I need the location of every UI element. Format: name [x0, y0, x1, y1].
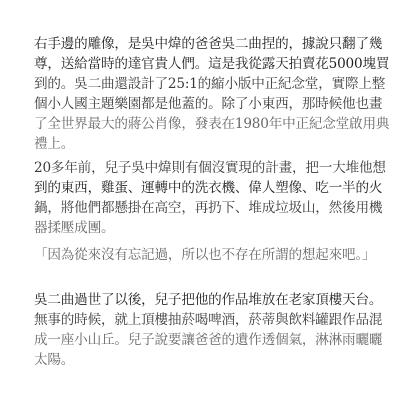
text-line: 了全世界最大的蔣公肖像，發表在1980年中正紀念堂啟用典: [34, 114, 360, 134]
text-line: 成一座小山丘。兒子說要讓爸爸的遺作透個氣，淋淋雨曬曬: [34, 330, 360, 350]
text-line: 尊，送給當時的達官貴人們。這是我從露天拍賣花5000塊買: [34, 54, 360, 74]
text-line: 禮上。: [34, 134, 360, 154]
paragraph-sculpture: 右手邊的雕像，是吳中煒的爸爸吳二曲捏的，據說只翻了幾 尊，送給當時的達官貴人們。…: [34, 34, 360, 154]
paragraph-rooftop: 吳二曲過世了以後，兒子把他的作品堆放在老家頂樓天台。 無事的時候，就上頂樓抽菸喝…: [34, 290, 360, 370]
text-line: 20多年前，兒子吳中煒則有個沒實現的計畫，把一大堆他想: [34, 158, 360, 178]
text-line: 右手邊的雕像，是吳中煒的爸爸吳二曲捏的，據說只翻了幾: [34, 34, 360, 54]
paragraph-quote: 「因為從來沒有忘記過，所以也不存在所謂的想起來吧。」: [34, 245, 360, 265]
text-line: 到的東西，雞蛋、運轉中的洗衣機、偉人塑像、吃一半的火: [34, 178, 360, 198]
text-line: 無事的時候，就上頂樓抽菸喝啤酒，菸蒂與飲料罐跟作品混: [34, 310, 360, 330]
text-line: 器揉壓成團。: [34, 218, 360, 238]
text-line: 鍋，將他們都懸掛在高空，再扔下、堆成垃圾山，然後用機: [34, 198, 360, 218]
text-line: 個小人國主題樂園都是他蓋的。除了小東西，那時候他也畫: [34, 94, 360, 114]
quote-line: 「因為從來沒有忘記過，所以也不存在所謂的想起來吧。」: [34, 245, 360, 265]
text-line: 吳二曲過世了以後，兒子把他的作品堆放在老家頂樓天台。: [34, 290, 360, 310]
text-line: 到的。吳二曲還設計了25:1的縮小版中正紀念堂，實際上整: [34, 74, 360, 94]
text-line: 太陽。: [34, 350, 360, 370]
paragraph-plan: 20多年前，兒子吳中煒則有個沒實現的計畫，把一大堆他想 到的東西，雞蛋、運轉中的…: [34, 158, 360, 238]
